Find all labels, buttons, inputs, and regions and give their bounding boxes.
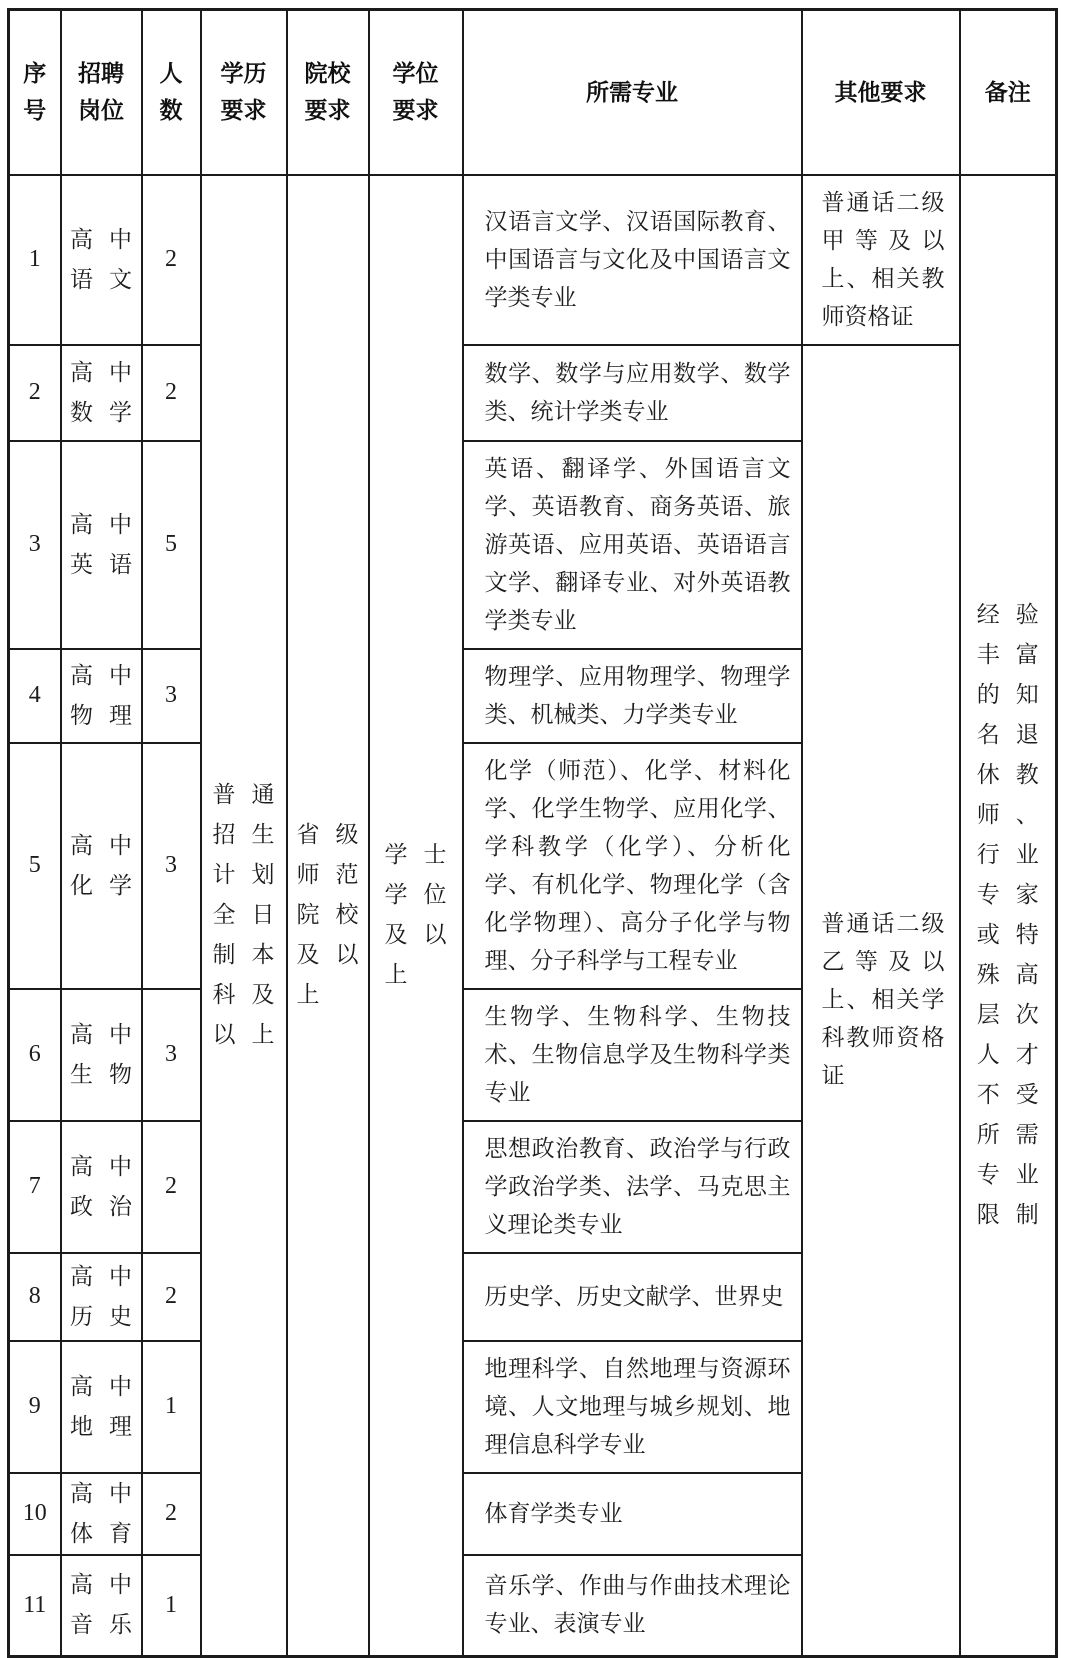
seq-cell: 4 — [9, 649, 61, 743]
col-header-remarks: 备注 — [960, 10, 1057, 175]
count-cell: 5 — [142, 441, 201, 649]
seq-cell: 5 — [9, 743, 61, 989]
majors-cell: 生物学、生物科学、生物技术、生物信息学及生物科学类专业 — [463, 989, 802, 1121]
education-text: 普通招生计划全日制本科及以上 — [213, 775, 275, 1055]
col-header-other: 其他要求 — [802, 10, 960, 175]
seq-cell: 6 — [9, 989, 61, 1121]
majors-cell: 体育学类专业 — [463, 1473, 802, 1555]
col-header-count-label: 人数 — [158, 55, 184, 129]
position-label: 高中历史 — [70, 1257, 132, 1337]
majors-cell: 地理科学、自然地理与资源环境、人文地理与城乡规划、地理信息科学专业 — [463, 1341, 802, 1473]
col-header-degree-label: 学位要求 — [392, 55, 440, 129]
majors-cell: 物理学、应用物理学、物理学类、机械类、力学类专业 — [463, 649, 802, 743]
majors-cell: 思想政治教育、政治学与行政学政治学类、法学、马克思主义理论类专业 — [463, 1121, 802, 1253]
position-cell: 高中物理 — [61, 649, 142, 743]
col-header-other-label: 其他要求 — [835, 79, 927, 105]
remarks-text: 经验丰富的知名退休教师、行业专家或特殊高层次人才不受所需专业限制 — [977, 595, 1039, 1235]
recruitment-positions-table: 序号 招聘岗位 人数 学历要求 院校要求 学位要求 所需专业 其他要求 备注 1… — [7, 8, 1058, 1658]
col-header-position-label: 招聘岗位 — [77, 55, 125, 129]
position-label: 高中物理 — [70, 656, 132, 736]
position-label: 高中体育 — [70, 1474, 132, 1554]
majors-cell: 数学、数学与应用数学、数学类、统计学类专业 — [463, 345, 802, 441]
seq-cell: 1 — [9, 175, 61, 345]
position-cell: 高中政治 — [61, 1121, 142, 1253]
seq-cell: 8 — [9, 1253, 61, 1341]
seq-cell: 10 — [9, 1473, 61, 1555]
position-cell: 高中化学 — [61, 743, 142, 989]
position-label: 高中英语 — [70, 505, 132, 585]
position-label: 高中政治 — [70, 1147, 132, 1227]
seq-cell: 2 — [9, 345, 61, 441]
count-cell: 1 — [142, 1341, 201, 1473]
majors-cell: 历史学、历史文献学、世界史 — [463, 1253, 802, 1341]
position-label: 高中音乐 — [70, 1565, 132, 1645]
col-header-no: 序号 — [9, 10, 61, 175]
position-cell: 高中语文 — [61, 175, 142, 345]
count-cell: 3 — [142, 649, 201, 743]
count-cell: 2 — [142, 1121, 201, 1253]
count-cell: 2 — [142, 175, 201, 345]
position-label: 高中生物 — [70, 1015, 132, 1095]
col-header-majors: 所需专业 — [463, 10, 802, 175]
col-header-remarks-label: 备注 — [985, 79, 1031, 105]
position-label: 高中化学 — [70, 826, 132, 906]
count-cell: 2 — [142, 1473, 201, 1555]
col-header-no-label: 序号 — [22, 55, 48, 129]
count-cell: 1 — [142, 1555, 201, 1657]
position-cell: 高中数学 — [61, 345, 142, 441]
majors-cell: 汉语言文学、汉语国际教育、中国语言与文化及中国语言文学类专业 — [463, 175, 802, 345]
seq-cell: 3 — [9, 441, 61, 649]
seq-cell: 11 — [9, 1555, 61, 1657]
count-cell: 2 — [142, 1253, 201, 1341]
col-header-count: 人数 — [142, 10, 201, 175]
remarks-merged-cell: 经验丰富的知名退休教师、行业专家或特殊高层次人才不受所需专业限制 — [960, 175, 1057, 1657]
table-row: 1 高中语文 2 普通招生计划全日制本科及以上 省级师范院校及以上 学士学位及以… — [9, 175, 1057, 345]
majors-cell: 音乐学、作曲与作曲技术理论专业、表演专业 — [463, 1555, 802, 1657]
degree-text: 学士学位及以上 — [385, 835, 447, 995]
col-header-position: 招聘岗位 — [61, 10, 142, 175]
degree-merged-cell: 学士学位及以上 — [369, 175, 463, 1657]
position-label: 高中地理 — [70, 1367, 132, 1447]
institution-text: 省级师范院校及以上 — [297, 815, 359, 1015]
position-label: 高中数学 — [70, 353, 132, 433]
header-row: 序号 招聘岗位 人数 学历要求 院校要求 学位要求 所需专业 其他要求 备注 — [9, 10, 1057, 175]
col-header-institution: 院校要求 — [287, 10, 369, 175]
position-cell: 高中音乐 — [61, 1555, 142, 1657]
other-req-row1-cell: 普通话二级甲等及以上、相关教师资格证 — [802, 175, 960, 345]
count-cell: 3 — [142, 989, 201, 1121]
majors-cell: 化学（师范）、化学、材料化学、化学生物学、应用化学、学科教学（化学）、分析化学、… — [463, 743, 802, 989]
seq-cell: 9 — [9, 1341, 61, 1473]
position-cell: 高中生物 — [61, 989, 142, 1121]
education-merged-cell: 普通招生计划全日制本科及以上 — [201, 175, 287, 1657]
majors-cell: 英语、翻译学、外国语言文学、英语教育、商务英语、旅游英语、应用英语、英语语言文学… — [463, 441, 802, 649]
seq-cell: 7 — [9, 1121, 61, 1253]
table-row: 2 高中数学 2 数学、数学与应用数学、数学类、统计学类专业 普通话二级乙等及以… — [9, 345, 1057, 441]
institution-merged-cell: 省级师范院校及以上 — [287, 175, 369, 1657]
position-cell: 高中英语 — [61, 441, 142, 649]
position-label: 高中语文 — [70, 220, 132, 300]
col-header-education: 学历要求 — [201, 10, 287, 175]
col-header-institution-label: 院校要求 — [304, 55, 352, 129]
position-cell: 高中历史 — [61, 1253, 142, 1341]
col-header-majors-label: 所需专业 — [586, 79, 678, 105]
count-cell: 3 — [142, 743, 201, 989]
col-header-education-label: 学历要求 — [220, 55, 268, 129]
position-cell: 高中地理 — [61, 1341, 142, 1473]
position-cell: 高中体育 — [61, 1473, 142, 1555]
count-cell: 2 — [142, 345, 201, 441]
col-header-degree: 学位要求 — [369, 10, 463, 175]
other-req-merged-cell: 普通话二级乙等及以上、相关学科教师资格证 — [802, 345, 960, 1657]
